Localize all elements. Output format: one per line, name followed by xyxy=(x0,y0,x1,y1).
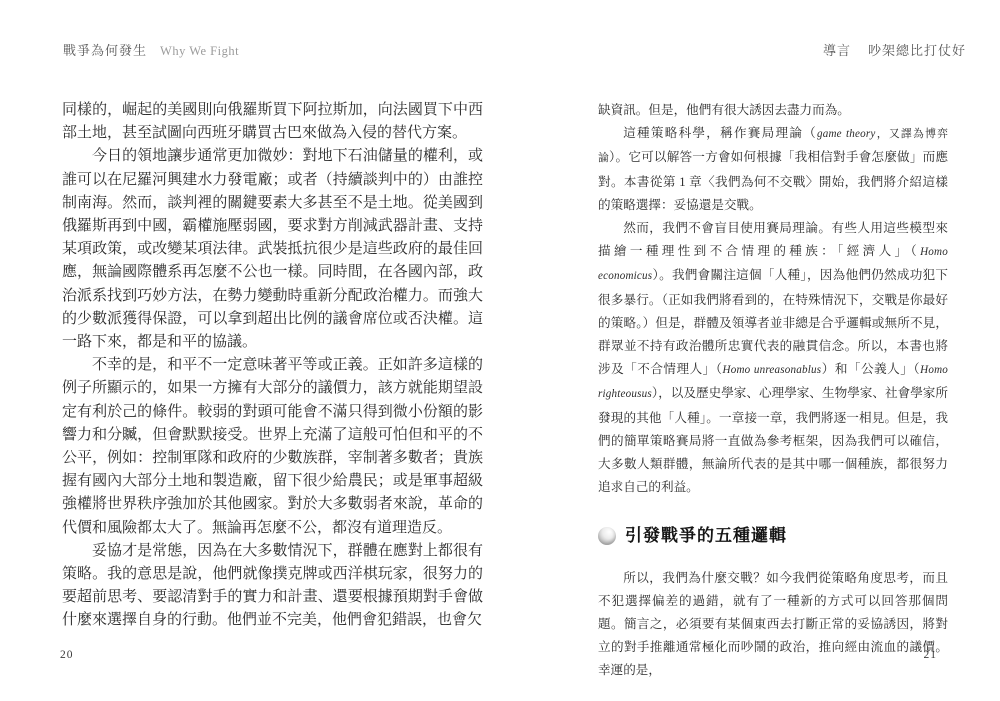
running-head-right: 導言吵架總比打仗好 xyxy=(823,40,966,59)
text-segment: ）。它可以解答一方會如何根據「我相信對手會怎麼做」而應對。本書從第 1 章〈我們… xyxy=(598,150,948,211)
sphere-bullet-icon xyxy=(598,527,616,545)
paragraph: 妥協才是常態，因為在大多數情況下，群體在應對上都很有策略。我的意思是說，他們就像… xyxy=(62,540,483,633)
text-segment: ），以及歷史學家、心理學家、生物學家、社會學家所發現的其他「人種」。一章接一章，… xyxy=(598,386,948,494)
paragraph: 所以，我們為什麼交戰？如今我們從策略角度思考，而且不犯選擇偏差的過錯，就有了一種… xyxy=(598,567,948,683)
book-spread: 戰爭為何發生Why We Fight 導言吵架總比打仗好 同樣的，崛起的美國則向… xyxy=(0,0,1000,701)
chapter-label: 導言 xyxy=(823,43,851,58)
paragraph: 同樣的，崛起的美國則向俄羅斯買下阿拉斯加，向法國買下中西部土地，甚至試圖向西班牙… xyxy=(62,99,483,145)
latin-term: Homo unreasonablus xyxy=(723,364,822,376)
paragraph: 然而，我們不會盲目使用賽局理論。有些人用這些模型來描繪一種理性到不合情理的種族：… xyxy=(598,217,948,499)
text-segment: 這種策略科學，稱作賽局理論（ xyxy=(623,126,817,140)
right-page-text-column: 缺資訊。但是，他們有很大誘因去盡力而為。這種策略科學，稱作賽局理論（game t… xyxy=(598,99,948,683)
section-heading-text: 引發戰爭的五種邏輯 xyxy=(625,524,787,547)
text-segment: ）和「公義人」（ xyxy=(821,362,920,376)
text-segment: 缺資訊。但是，他們有很大誘因去盡力而為。 xyxy=(598,103,850,117)
page-number-left: 20 xyxy=(60,649,74,661)
text-segment: 同樣的，崛起的美國則向俄羅斯買下阿拉斯加，向法國買下中西部土地，甚至試圖向西班牙… xyxy=(62,102,483,141)
text-segment: 所以，我們為什麼交戰？如今我們從策略角度思考，而且不犯選擇偏差的過錯，就有了一種… xyxy=(598,571,948,678)
section-title-label: 吵架總比打仗好 xyxy=(868,43,966,58)
text-segment: 今日的領地讓步通常更加微妙：對地下石油儲量的權利，或誰可以在尼羅河興建水力發電廠… xyxy=(62,148,483,350)
book-title-english: Why We Fight xyxy=(160,44,239,58)
text-segment: 不幸的是，和平不一定意味著平等或正義。正如許多這樣的例子所顯示的，如果一方擁有大… xyxy=(62,357,483,535)
text-segment: 然而，我們不會盲目使用賽局理論。有些人用這些模型來描繪一種理性到不合情理的種族：… xyxy=(598,221,948,258)
text-segment: 妥協才是常態，因為在大多數情況下，群體在應對上都很有策略。我的意思是說，他們就像… xyxy=(62,543,483,629)
text-segment: ）。我們會關注這個「人種」，因為他們仍然成功犯下很多暴行。（正如我們將看到的，在… xyxy=(598,268,948,376)
right-page-paragraphs-top: 缺資訊。但是，他們有很大誘因去盡力而為。這種策略科學，稱作賽局理論（game t… xyxy=(598,99,948,499)
running-head-left: 戰爭為何發生Why We Fight xyxy=(63,40,239,59)
left-page-text-column: 同樣的，崛起的美國則向俄羅斯買下阿拉斯加，向法國買下中西部土地，甚至試圖向西班牙… xyxy=(62,99,483,633)
paragraph: 缺資訊。但是，他們有很大誘因去盡力而為。 xyxy=(598,99,948,122)
paragraph: 今日的領地讓步通常更加微妙：對地下石油儲量的權利，或誰可以在尼羅河興建水力發電廠… xyxy=(62,145,483,354)
right-page-paragraphs-bottom: 所以，我們為什麼交戰？如今我們從策略角度思考，而且不犯選擇偏差的過錯，就有了一種… xyxy=(598,567,948,683)
paragraph: 不幸的是，和平不一定意味著平等或正義。正如許多這樣的例子所顯示的，如果一方擁有大… xyxy=(62,354,483,540)
section-heading: 引發戰爭的五種邏輯 xyxy=(598,524,948,547)
paragraph: 這種策略科學，稱作賽局理論（game theory，又譯為博弈論）。它可以解答一… xyxy=(598,122,948,217)
page-number-right: 21 xyxy=(924,649,938,661)
latin-term: game theory xyxy=(817,128,876,140)
book-title: 戰爭為何發生 xyxy=(63,43,147,58)
